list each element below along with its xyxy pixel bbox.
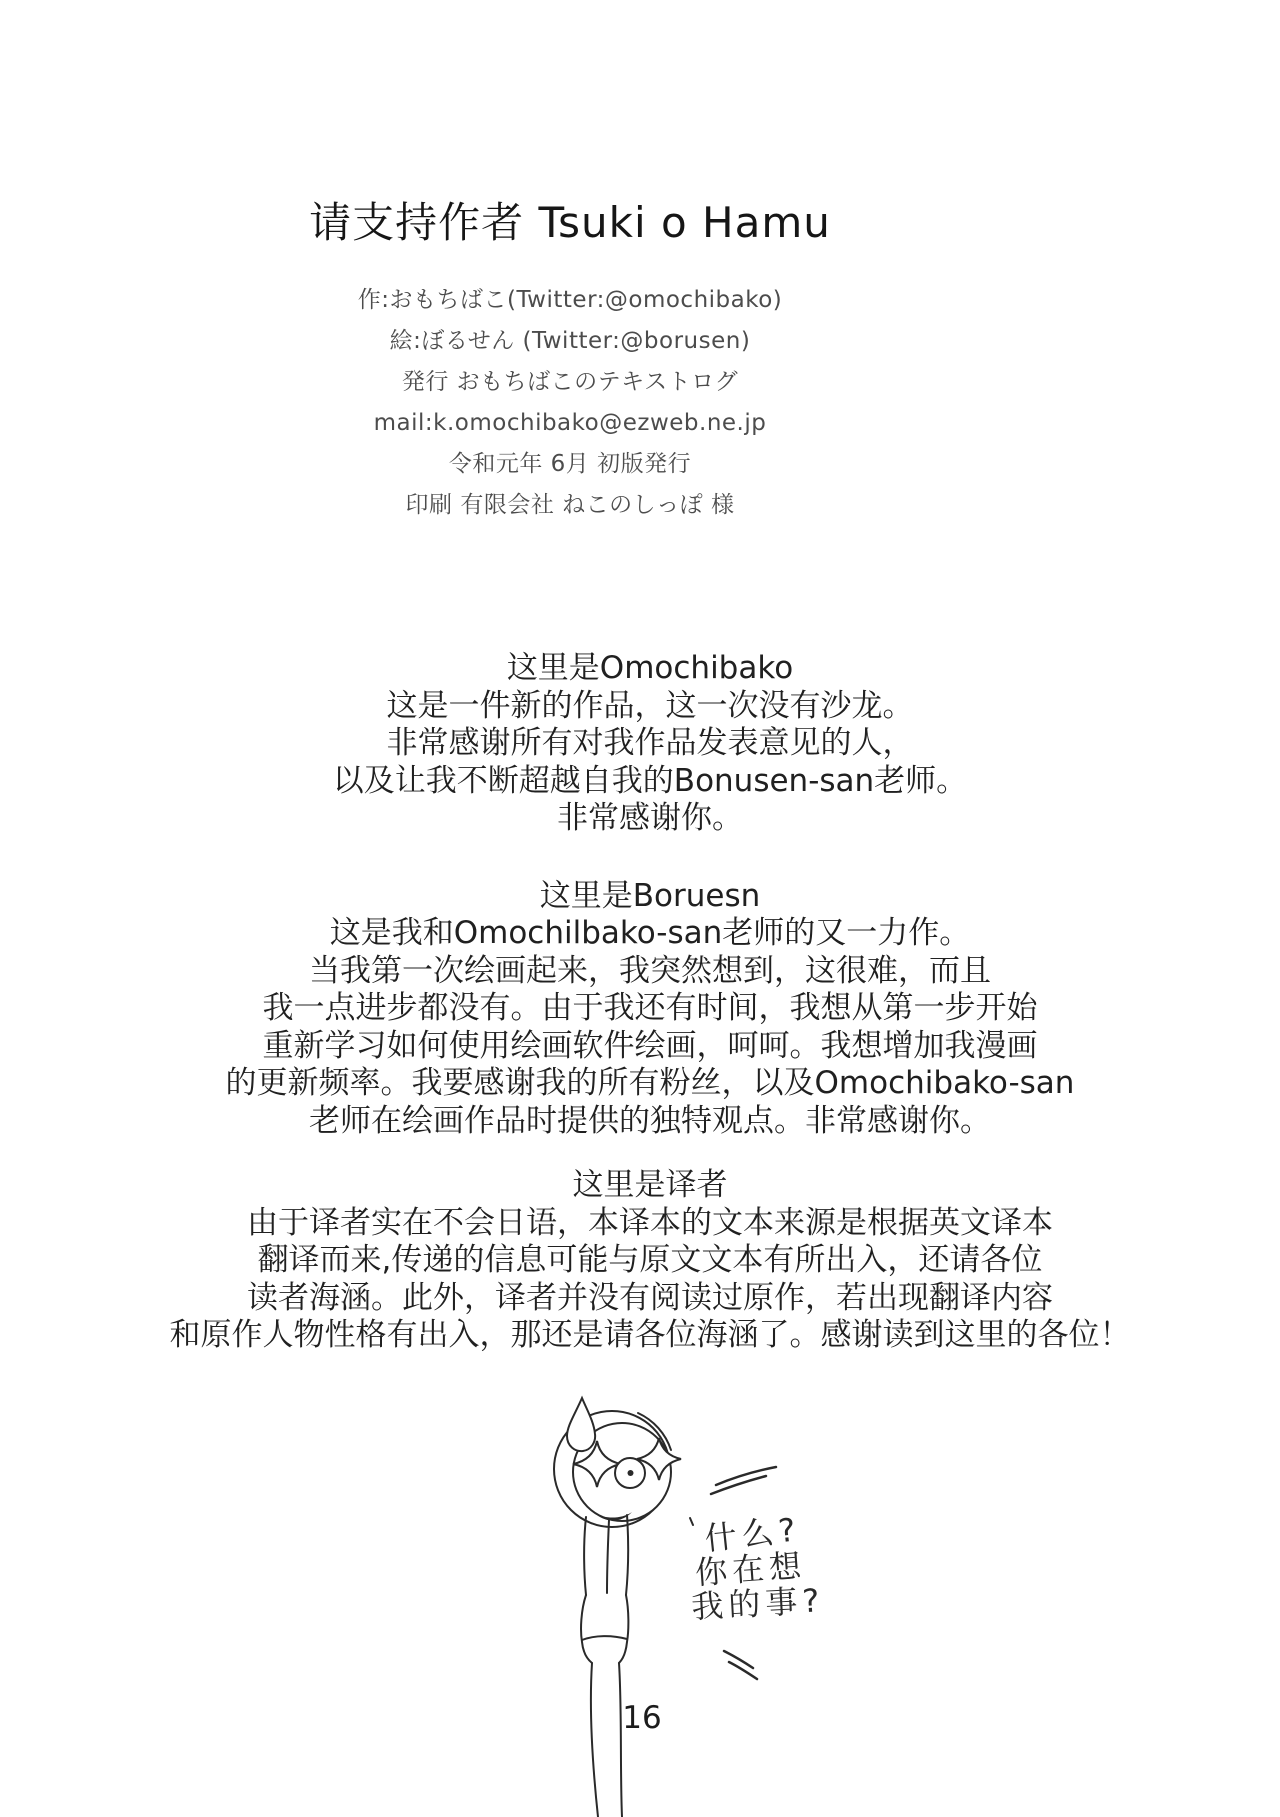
doujin-afterword-page: 请支持作者 Tsuki o Hamu 作:おもちばこ(Twitter:@omoc… [0,0,1280,1817]
section-line: 老师在绘画作品时提供的独特观点。非常感谢你。 [10,1103,1280,1141]
credit-line-artist: 絵:ぼるせん (Twitter:@borusen) [0,321,1140,362]
section-line: 翻译而来,传递的信息可能与原文文本有所出入，还请各位 [10,1242,1280,1280]
section-line: 和原作人物性格有出入，那还是请各位海涵了。感谢读到这里的各位！ [10,1317,1280,1355]
staff-shaft-left [591,1663,598,1817]
ink-tick [690,1518,693,1525]
staff-neck-left [584,1517,586,1595]
page-title: 请支持作者 Tsuki o Hamu [0,190,1140,250]
section-line: 非常感谢所有对我作品发表意见的人， [10,725,1280,763]
title-block: 请支持作者 Tsuki o Hamu 作:おもちばこ(Twitter:@omoc… [0,190,1140,526]
credit-line-publisher: 発行 おもちばこのテキストログ [0,362,1140,403]
section-line: 这是我和Omochilbako-san老师的又一力作。 [10,915,1280,953]
credit-line-edition: 令和元年 6月 初版発行 [0,444,1140,485]
staff-collar-left [581,1595,592,1663]
credit-line-author: 作:おもちばこ(Twitter:@omochibako) [0,280,1140,321]
section-line: 由于译者实在不会日语，本译本的文本来源是根据英文译本 [10,1205,1280,1243]
section-line: 读者海涵。此外，译者并没有阅读过原作，若出现翻译内容 [10,1280,1280,1318]
staff-collar-right [619,1595,628,1663]
section-line: 我一点进步都没有。由于我还有时间，我想从第一步开始 [10,990,1280,1028]
section-line: 这是一件新的作品，这一次没有沙龙。 [10,688,1280,726]
staff-neck-seam [607,1520,609,1593]
section-translator: 这里是译者 由于译者实在不会日语，本译本的文本来源是根据英文译本 翻译而来,传递… [10,1167,1280,1355]
speech-line-3: 我的事? [690,1581,825,1626]
section-heading: 这里是Boruesn [10,878,1280,916]
speed-lines-lower [724,1651,757,1679]
section-omochibako: 这里是Omochibako 这是一件新的作品，这一次没有沙龙。 非常感谢所有对我… [10,650,1280,838]
staff-collar-line [582,1636,627,1640]
staff-shaft-right [619,1663,622,1817]
section-heading: 这里是译者 [10,1167,1280,1205]
section-line: 当我第一次绘画起来，我突然想到，这很难，而且 [10,953,1280,991]
section-line: 非常感谢你。 [10,800,1280,838]
section-line: 以及让我不断超越自我的Bonusen-san老师。 [10,763,1280,801]
credit-line-printer: 印刷 有限会社 ねこのしっぽ 様 [0,485,1140,526]
afterword-sections: 这里是Omochibako 这是一件新的作品，这一次没有沙龙。 非常感谢所有对我… [10,650,1280,1355]
staff-sketch-drawing: 什么? 你在想 我的事? [440,1390,950,1817]
staff-sketch: 什么? 你在想 我的事? [440,1390,950,1817]
staff-neck-right [626,1515,628,1595]
credit-line-mail: mail:k.omochibako@ezweb.ne.jp [0,403,1140,444]
eye-pupil [628,1470,634,1476]
page-number: 16 [604,1700,680,1736]
section-line: 的更新频率。我要感谢我的所有粉丝，以及Omochibako-san [10,1065,1280,1103]
section-line: 重新学习如何使用绘画软件绘画，呵呵。我想增加我漫画 [10,1028,1280,1066]
publication-credits: 作:おもちばこ(Twitter:@omochibako) 絵:ぼるせん (Twi… [0,280,1140,526]
section-heading: 这里是Omochibako [10,650,1280,688]
speed-lines-upper [711,1467,776,1494]
sweat-drop-icon [567,1398,595,1451]
section-boruesn: 这里是Boruesn 这是我和Omochilbako-san老师的又一力作。 当… [10,878,1280,1141]
